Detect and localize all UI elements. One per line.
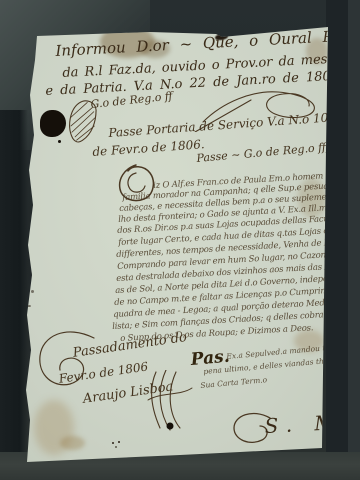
dispatch-right-line-3: Sua Carta Term.o [200, 375, 267, 390]
ink-blot [40, 110, 66, 137]
registry-line-3: Passe ~ G.o de Reg.o ffff [196, 140, 334, 165]
edge-speck [28, 272, 32, 275]
ink-blot-drop [58, 140, 61, 143]
edge-speck [31, 290, 34, 293]
manuscript-paper: Ill.mo e Ex.mo Snr. Informou D.or ~ Que,… [0, 0, 360, 480]
signature-flourish-icon [146, 370, 194, 432]
ink-dot [115, 446, 117, 448]
background-cloth-right [326, 0, 348, 480]
registry-line-2: de Fevr.o de 1806. [92, 137, 205, 159]
ink-dot [112, 442, 114, 444]
stain-bottom-left-small [60, 436, 85, 450]
ink-dot [118, 441, 120, 443]
background-cloth-right-edge [348, 0, 360, 480]
manuscript-photo: Ill.mo e Ex.mo Snr. Informou D.or ~ Que,… [0, 0, 360, 480]
background-cloth-left [0, 110, 28, 460]
